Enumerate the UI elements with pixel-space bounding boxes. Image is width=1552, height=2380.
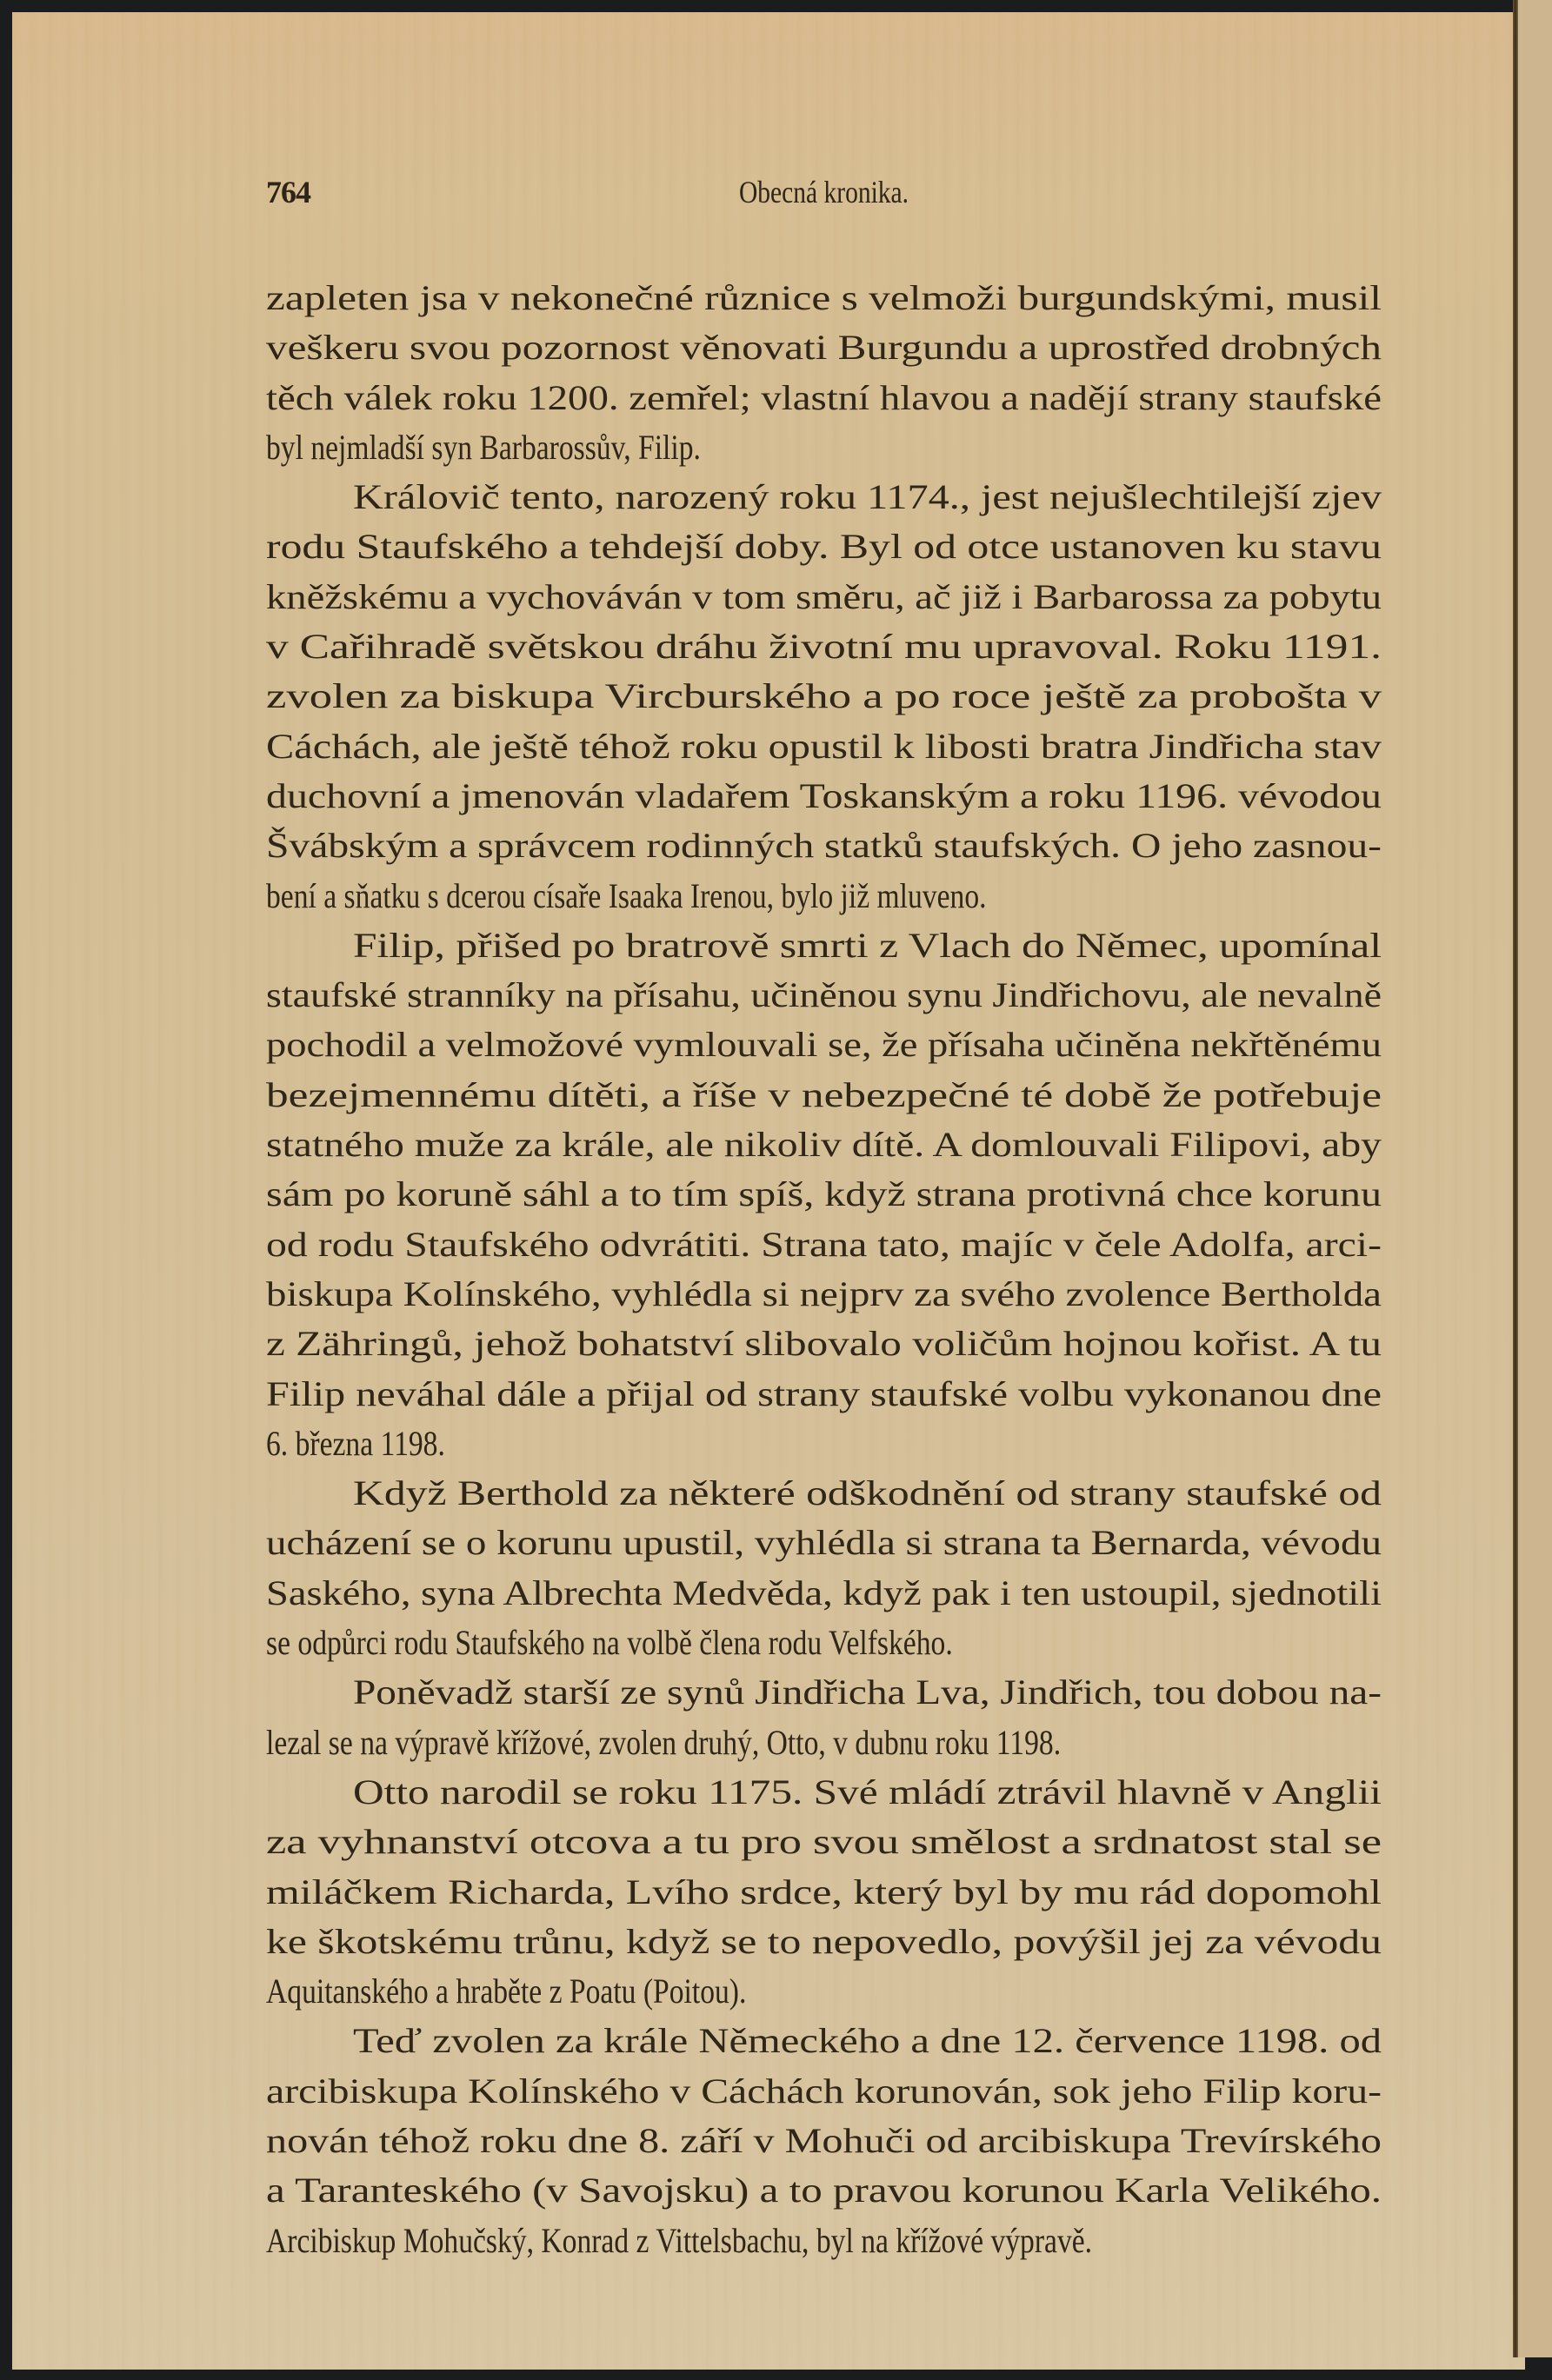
running-head: 764 Obecná kronika.: [266, 174, 1382, 217]
text-line: Cáchách, ale ještě téhož roku opustil k …: [266, 721, 1382, 771]
next-page-edge: [1518, 0, 1552, 2357]
text-line: zapleten jsa v nekonečné různice s velmo…: [266, 273, 1382, 322]
scan-frame: 764 Obecná kronika. zapleten jsa v nekon…: [0, 0, 1552, 2380]
text-line: ke škotskému trůnu, když se to nepovedlo…: [266, 1917, 1382, 1966]
text-line: staufské stranníky na přísahu, učiněnou …: [266, 970, 1382, 1020]
text-line: Když Berthold za některé odškodnění od s…: [266, 1468, 1382, 1518]
text-line: Filip, přišed po bratrově smrti z Vlach …: [266, 921, 1382, 970]
text-line: v Cařihradě světskou dráhu životní mu up…: [266, 622, 1382, 671]
body-text: zapleten jsa v nekonečné různice s velmo…: [266, 273, 1382, 2265]
text-line: Arcibiskup Mohučský, Konrad z Vittelsbac…: [266, 2216, 1382, 2265]
text-line: bení a sňatku s dcerou císaře Isaaka Ire…: [266, 871, 1382, 921]
text-line: statného muže za krále, ale nikoliv dítě…: [266, 1120, 1382, 1169]
text-line: pochodil a velmožové vymlouvali se, že p…: [266, 1020, 1382, 1069]
text-line: od rodu Staufského odvrátiti. Strana tat…: [266, 1220, 1382, 1269]
text-line: miláčkem Richarda, Lvího srdce, který by…: [266, 1867, 1382, 1917]
text-line: Královič tento, narozený roku 1174., jes…: [266, 472, 1382, 522]
text-line: arcibiskupa Kolínského v Cáchách korunov…: [266, 2066, 1382, 2116]
page-number: 764: [266, 174, 310, 210]
text-line: ucházení se o korunu upustil, vyhlédla s…: [266, 1518, 1382, 1567]
text-line: byl nejmladší syn Barbarossův, Filip.: [266, 422, 1382, 472]
text-line: za vyhnanství otcova a tu pro svou smělo…: [266, 1817, 1382, 1866]
text-line: Aquitanského a hraběte z Poatu (Poitou).: [266, 1966, 1382, 2016]
text-line: sám po koruně sáhl a to tím spíš, když s…: [266, 1169, 1382, 1219]
text-line: bezejmennému dítěti, a říše v nebezpečné…: [266, 1070, 1382, 1120]
text-line: Filip neváhal dále a přijal od strany st…: [266, 1369, 1382, 1419]
book-page: 764 Obecná kronika. zapleten jsa v nekon…: [12, 12, 1525, 2370]
text-line: Švábským a správcem rodinných statků sta…: [266, 821, 1382, 870]
text-line: Saského, syna Albrechta Medvěda, když pa…: [266, 1568, 1382, 1618]
text-line: Teď zvolen za krále Německého a dne 12. …: [266, 2016, 1382, 2065]
text-line: kněžskému a vychováván v tom směru, ač j…: [266, 572, 1382, 622]
text-line: 6. března 1198.: [266, 1419, 1382, 1468]
text-line: rodu Staufského a tehdejší doby. Byl od …: [266, 522, 1382, 571]
text-line: se odpůrci rodu Staufského na volbě člen…: [266, 1618, 1382, 1667]
text-line: Otto narodil se roku 1175. Své mládí ztr…: [266, 1767, 1382, 1817]
text-line: a Taranteského (v Savojsku) a to pravou …: [266, 2165, 1382, 2215]
text-line: Poněvadž starší ze synů Jindřicha Lva, J…: [266, 1667, 1382, 1717]
text-line: veškeru svou pozornost věnovati Burgundu…: [266, 322, 1382, 372]
text-line: lezal se na výpravě křížové, zvolen druh…: [266, 1718, 1382, 1767]
text-line: z Zähringů, jehož bohatství slibovalo vo…: [266, 1319, 1382, 1368]
text-line: těch válek roku 1200. zemřel; vlastní hl…: [266, 373, 1382, 422]
text-line: duchovní a jmenován vladařem Toskanským …: [266, 771, 1382, 821]
text-line: zvolen za biskupa Vircburského a po roce…: [266, 671, 1382, 721]
running-title: Obecná kronika.: [366, 174, 1281, 210]
text-line: biskupa Kolínského, vyhlédla si nejprv z…: [266, 1269, 1382, 1319]
text-line: nován téhož roku dne 8. září v Mohuči od…: [266, 2116, 1382, 2165]
